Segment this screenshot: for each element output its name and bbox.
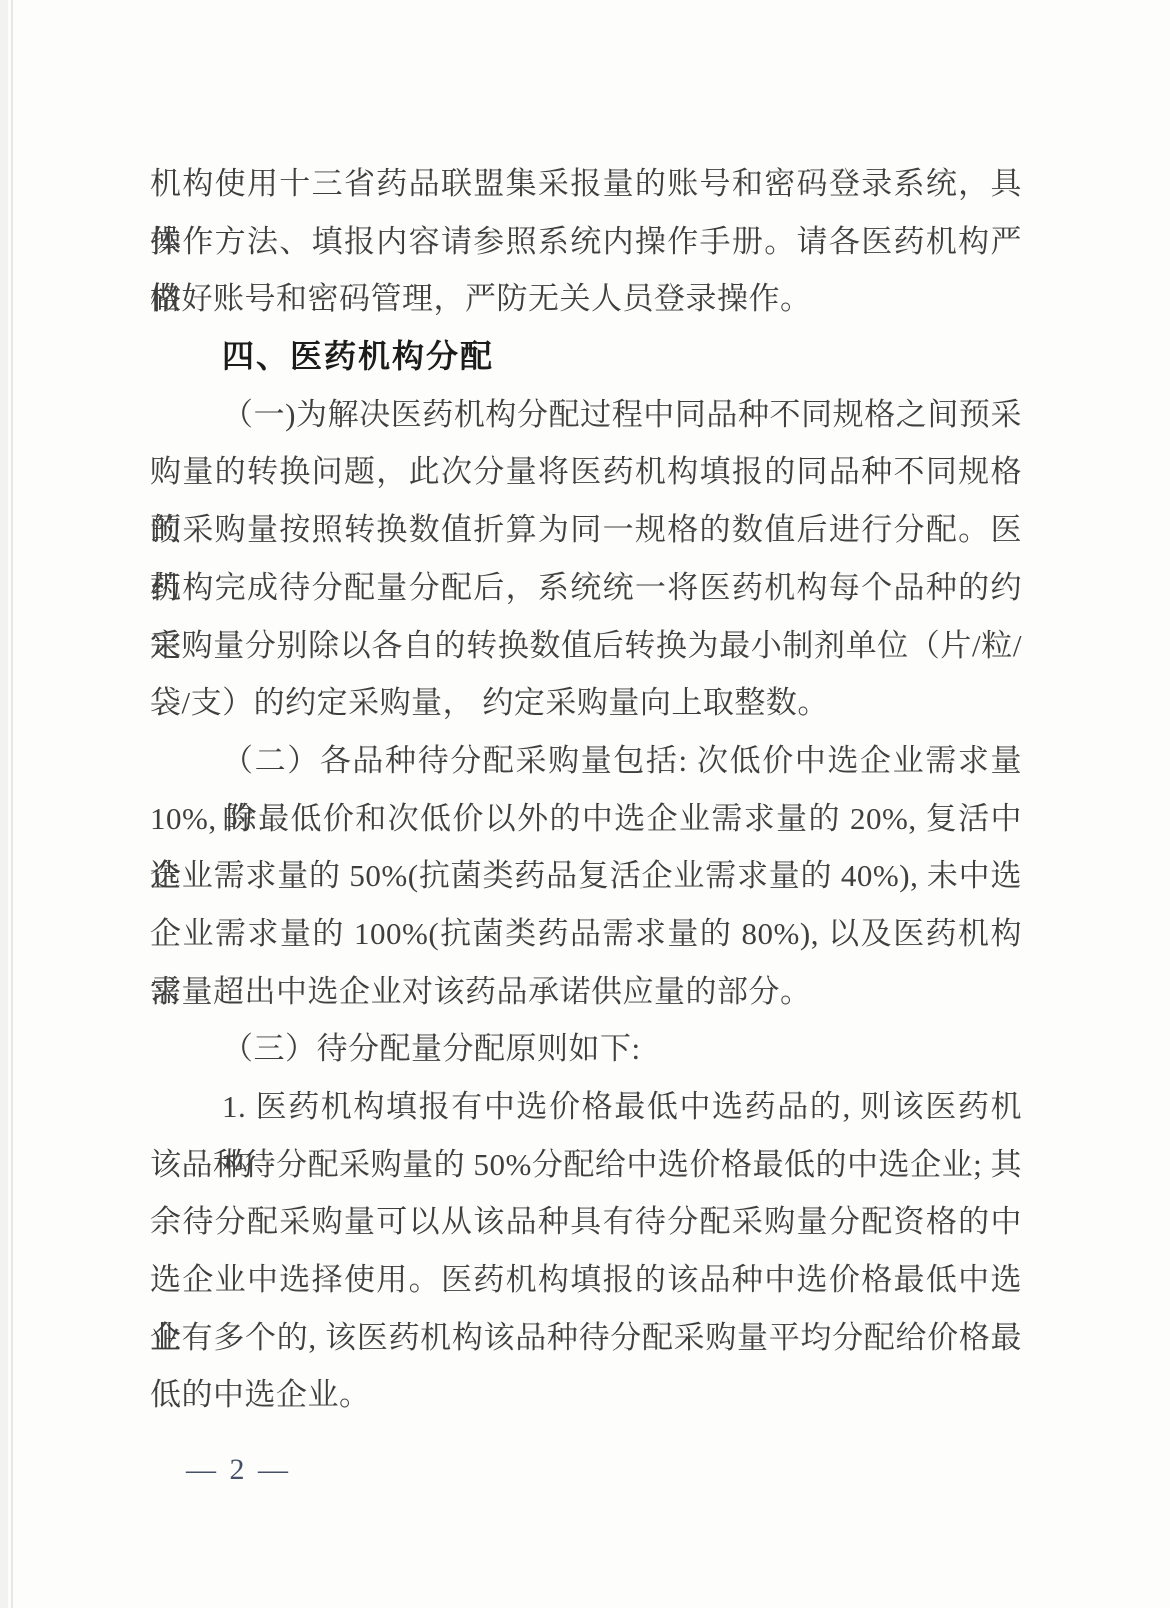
document-page: 机构使用十三省药品联盟集采报量的账号和密码登录系统，具体操作方法、填报内容请参照… — [0, 0, 1170, 1608]
text-line: 操作方法、填报内容请参照系统内操作手册。请各医药机构严格 — [150, 213, 1022, 271]
text-line: 10%, 除最低价和次低价以外的中选企业需求量的 20%, 复活中选 — [150, 790, 1022, 848]
scan-edge-artifact — [0, 0, 8, 1608]
text-line: （二）各品种待分配采购量包括: 次低价中选企业需求量的 — [150, 732, 1022, 790]
text-line: 余待分配采购量可以从该品种具有待分配采购量分配资格的中 — [150, 1193, 1022, 1251]
text-line: 袋/支）的约定采购量， 约定采购量向上取整数。 — [150, 674, 1022, 732]
scan-edge-line — [11, 0, 13, 1608]
section-heading: 四、医药机构分配 — [150, 328, 1022, 386]
text-line: 该品种待分配采购量的 50%分配给中选价格最低的中选企业; 其 — [150, 1136, 1022, 1194]
text-line: 业有多个的, 该医药机构该品种待分配采购量平均分配给价格最 — [150, 1309, 1022, 1367]
text-line: 预采购量按照转换数值折算为同一规格的数值后进行分配。医药 — [150, 501, 1022, 559]
text-line: 机构使用十三省药品联盟集采报量的账号和密码登录系统，具体 — [150, 155, 1022, 213]
document-body: 机构使用十三省药品联盟集采报量的账号和密码登录系统，具体操作方法、填报内容请参照… — [150, 155, 1022, 1424]
text-line: 做好账号和密码管理，严防无关人员登录操作。 — [150, 270, 1022, 328]
text-line: 企业需求量的 50%(抗菌类药品复活企业需求量的 40%), 未中选 — [150, 847, 1022, 905]
text-line: 选企业中选择使用。医药机构填报的该品种中选价格最低中选企 — [150, 1251, 1022, 1309]
text-line: 求量超出中选企业对该药品承诺供应量的部分。 — [150, 963, 1022, 1021]
text-line: 采购量分别除以各自的转换数值后转换为最小制剂单位（片/粒/ — [150, 617, 1022, 675]
text-line: （三）待分配量分配原则如下: — [150, 1020, 1022, 1078]
text-line: 低的中选企业。 — [150, 1366, 1022, 1424]
page-number: — 2 — — [186, 1450, 291, 1490]
text-line: 购量的转换问题，此次分量将医药机构填报的同品种不同规格的 — [150, 443, 1022, 501]
text-line: 企业需求量的 100%(抗菌类药品需求量的 80%), 以及医药机构需 — [150, 905, 1022, 963]
text-line: 1. 医药机构填报有中选价格最低中选药品的, 则该医药机构 — [150, 1078, 1022, 1136]
text-line: （一)为解决医药机构分配过程中同品种不同规格之间预采 — [150, 386, 1022, 444]
text-line: 机构完成待分配量分配后，系统统一将医药机构每个品种的约定 — [150, 559, 1022, 617]
